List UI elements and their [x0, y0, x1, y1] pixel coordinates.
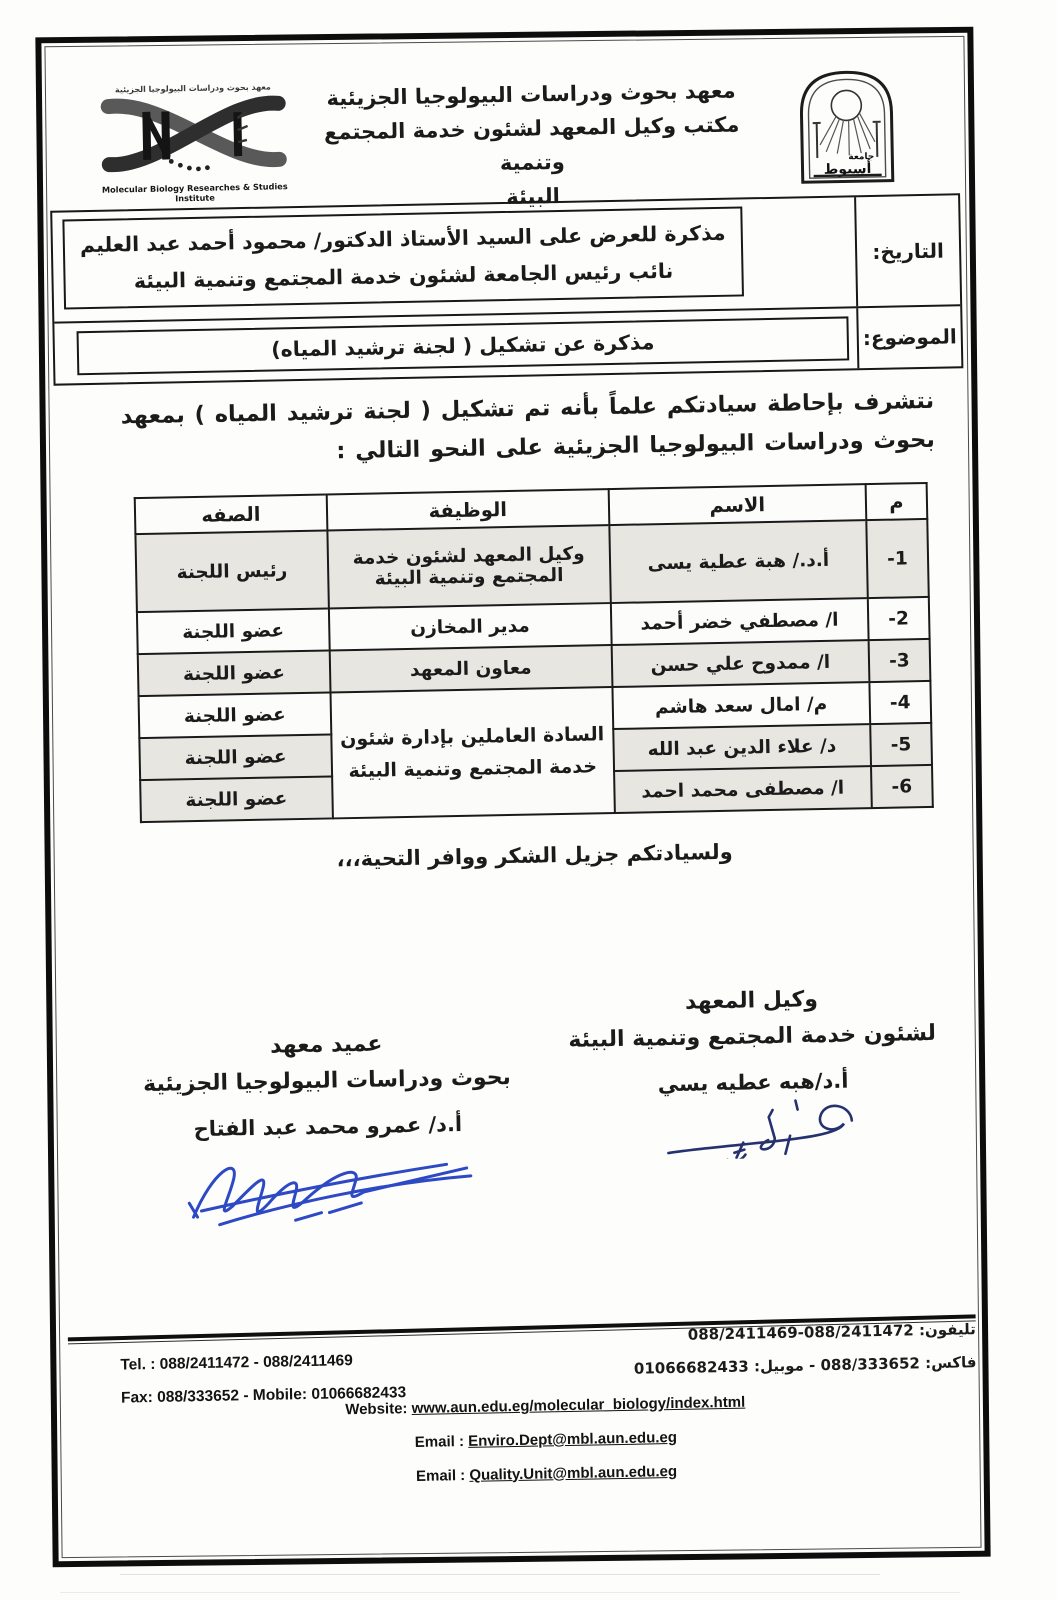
university-emblem-icon: جامعة أسيوط — [792, 64, 902, 192]
email-label: Email : — [416, 1467, 466, 1485]
vice-dean-title-line2: لشئون خدمة المجتمع وتنمية البيئة — [526, 1015, 979, 1059]
institute-logo: معهد بحوث ودراسات البيولوجيا الجزيئية Mo… — [84, 82, 304, 205]
signature-block-dean: عميد معهد بحوث ودراسات البيولوجيا الجزيئ… — [110, 1023, 546, 1233]
dean-name: أ.د/ عمرو محمد عبد الفتاح — [112, 1111, 544, 1143]
row-name: ا/ مصطفى محمد احمد — [614, 766, 872, 813]
scanned-memo-page: معهد بحوث ودراسات البيولوجيا الجزيئية Mo… — [0, 0, 1057, 1600]
email-address-enviro: Enviro.Dept@mbl.aun.edu.eg — [468, 1429, 677, 1450]
addressee-row: التاريخ: مذكرة للعرض على السيد الأستاذ ا… — [52, 195, 960, 321]
row-job: معاون المعهد — [329, 645, 612, 692]
row-num: -3 — [889, 650, 910, 671]
header-name: الاسم — [608, 484, 866, 525]
subject-label: الموضوع: — [856, 306, 961, 368]
footer-fax-arabic: فاكس: 088/333652 - موبيل: 01066682433 — [584, 1346, 977, 1387]
subject-box: مذكرة عن تشكيل ( لجنة ترشيد المياه) — [77, 316, 850, 375]
website-label: Website: — [345, 1400, 408, 1418]
row-num: -5 — [891, 734, 912, 755]
email-label: Email : — [415, 1433, 465, 1451]
signature-ink-left — [178, 1138, 480, 1232]
institute-logo-english-caption: Molecular Biology Researches & Studies I… — [86, 181, 304, 205]
memo-meta-box: التاريخ: مذكرة للعرض على السيد الأستاذ ا… — [50, 193, 963, 385]
dna-helix-icon — [86, 91, 302, 181]
memo-content: معهد بحوث ودراسات البيولوجيا الجزيئية Mo… — [39, 29, 984, 1554]
row-role: عضو اللجنة — [137, 608, 329, 654]
row-name: ا/ ممدوح علي حسن — [611, 640, 869, 687]
addressee-box: مذكرة للعرض على السيد الأستاذ الدكتور/ م… — [62, 206, 744, 309]
row-role: عضو اللجنة — [138, 650, 330, 696]
row-job: مدير المخازن — [329, 603, 612, 650]
row-num: -1 — [887, 548, 908, 569]
date-label: التاريخ: — [854, 195, 960, 306]
row-job: وكيل المعهد لشئون خدمة المجتمع وتنمية ال… — [327, 525, 611, 608]
table-row: -1 أ.د./ هبة عطية يسى وكيل المعهد لشئون … — [135, 519, 928, 612]
row-num: -2 — [888, 608, 909, 629]
letterhead-title: معهد بحوث ودراسات البيولوجيا الجزيئية مك… — [292, 73, 773, 218]
row-job-merged: السادة العاملين بإدارة شئون خدمة المجتمع… — [330, 687, 615, 818]
email-address-quality: Quality.Unit@mbl.aun.edu.eg — [469, 1462, 677, 1483]
dean-title-line2: بحوث ودراسات البيولوجيا الجزيئية — [111, 1059, 544, 1103]
row-num: -6 — [891, 776, 912, 797]
signature-block-vice-dean: وكيل المعهد لشئون خدمة المجتمع وتنمية ال… — [525, 979, 980, 1163]
row-name: أ.د./ هبة عطية يسى — [609, 520, 867, 603]
closing-line: ولسيادتكم جزيل الشكر ووافر التحية،،، — [294, 839, 774, 872]
row-role: عضو اللجنة — [140, 776, 332, 822]
row-num: -4 — [890, 692, 911, 713]
scan-streak — [60, 1592, 960, 1593]
body-paragraph: نتشرف بإحاطة سيادتكم علماً بأنه تم تشكيل… — [76, 382, 935, 477]
row-name: م/ امال سعد هاشم — [612, 682, 870, 729]
footer-contacts-arabic: تليفون: 088/2411472-088/2411469 فاكس: 08… — [584, 1313, 977, 1387]
header-job: الوظيفة — [326, 489, 609, 530]
committee-table: م الاسم الوظيفة الصفه -1 أ.د./ هبة عطية … — [134, 482, 934, 823]
vice-dean-name: أ.د/هبه عطيه يسي — [527, 1066, 979, 1099]
signature-ink-right — [637, 1094, 870, 1160]
row-role: عضو اللجنة — [139, 734, 331, 780]
header-role: الصفه — [135, 494, 327, 534]
row-name: ا/ مصطفي خضر أحمد — [611, 598, 869, 645]
scan-streak — [120, 1574, 880, 1575]
header-num: م — [865, 483, 927, 520]
footer-web-links: Website: www.aun.edu.eg/molecular_biolog… — [265, 1384, 827, 1496]
letterhead-title-line2: مكتب وكيل المعهد لشئون خدمة المجتمع وتنم… — [292, 107, 771, 184]
row-role: عضو اللجنة — [139, 692, 331, 738]
row-role: رئيس اللجنة — [135, 530, 328, 612]
row-name: د/ علاء الدين عبد الله — [613, 724, 871, 771]
website-url: www.aun.edu.eg/molecular_biology/index.h… — [411, 1394, 745, 1417]
